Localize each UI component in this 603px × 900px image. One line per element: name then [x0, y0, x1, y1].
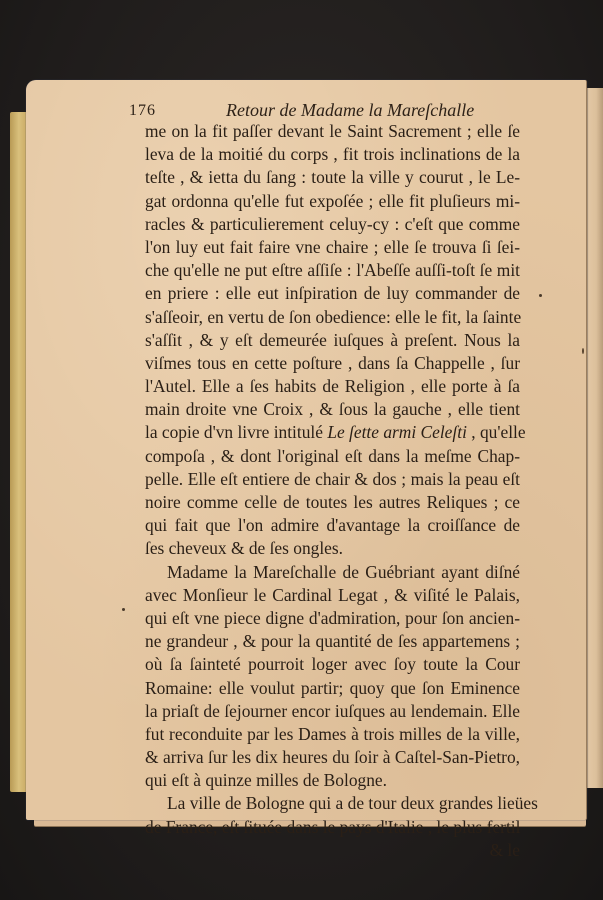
page-number: 176	[129, 102, 156, 120]
text-line: l'Autel. Elle a ſes habits de Religion ,…	[145, 375, 520, 398]
facing-page-edge	[586, 88, 603, 788]
text-line: me on la fit paſſer devant le Saint Sacr…	[145, 120, 520, 143]
text-line: viſmes tous en cette poſture , dans ſa C…	[145, 352, 520, 375]
running-title: Retour de Madame la Mareſchalle	[226, 100, 474, 121]
text-line: main droite vne Croix , & ſous la gauche…	[145, 398, 520, 421]
text-line: en priere : elle eut inſpiration de luy …	[145, 282, 520, 305]
catchword: & le	[145, 839, 520, 862]
cited-book-title: Le ſette armi Celeſti	[327, 422, 467, 442]
text-fragment: , qu'elle	[467, 422, 526, 442]
text-line: l'on luy eut fait faire vne chaire ; ell…	[145, 236, 520, 259]
paper-speck	[122, 608, 125, 611]
paper-speck	[539, 294, 542, 297]
text-line: gat ordonna qu'elle fut expoſée ; elle f…	[145, 190, 520, 213]
text-line: où ſa ſainteté pourroit loger avec ſoy t…	[145, 653, 520, 676]
text-line: ſes cheveux & de ſes ongles.	[145, 537, 520, 560]
text-line: qui eſt vne piece digne d'admiration, po…	[145, 607, 520, 630]
text-line: avec Monſieur le Cardinal Legat , & viſi…	[145, 584, 520, 607]
paragraph-start-line: La ville de Bologne qui a de tour deux g…	[145, 792, 520, 815]
body-text: me on la fit paſſer devant le Saint Sacr…	[145, 120, 520, 862]
text-line: ne grandeur , & pour la quantité de ſes …	[145, 630, 520, 653]
text-line: pelle. Elle eſt entiere de chair & dos ;…	[145, 468, 520, 491]
text-line: qui eſt à quinze milles de Bologne.	[145, 769, 520, 792]
text-line: s'aſſit , & y eſt demeurée iuſques à pre…	[145, 329, 520, 352]
text-line: qui fait que l'on admire d'avantage la c…	[145, 514, 520, 537]
text-line: teſte , & ietta du ſang : toute la ville…	[145, 166, 520, 189]
text-line: noire comme celle de toutes les autres R…	[145, 491, 520, 514]
paragraph-start-line: Madame la Mareſchalle de Guébriant ayant…	[145, 561, 520, 584]
text-line: Romaine: elle voulut partir; quoy que ſo…	[145, 677, 520, 700]
text-fragment: la copie d'vn livre intitulé	[145, 422, 327, 442]
text-line: che qu'elle ne put eſtre aſſiſe : l'Abeſ…	[145, 259, 520, 282]
text-line-with-book-title: la copie d'vn livre intitulé Le ſette ar…	[145, 421, 520, 444]
text-line: leva de la moitié du corps , fit trois i…	[145, 143, 520, 166]
page-header: 176 Retour de Madame la Mareſchalle	[129, 102, 549, 122]
text-line: fut reconduite par les Dames à trois mil…	[145, 723, 520, 746]
text-line: compoſa , & dont l'original eſt dans la …	[145, 445, 520, 468]
text-line: racles & particulierement celuy-cy : c'e…	[145, 213, 520, 236]
text-line: s'aſſeoir, en vertu de ſon obedience: el…	[145, 306, 520, 329]
text-line: de France, eſt ſituée dans le pays d'Ita…	[145, 816, 520, 839]
text-line: la priaſt de ſejourner encor iuſques au …	[145, 700, 520, 723]
text-line: & arriva ſur les dix heures du ſoir à Ca…	[145, 746, 520, 769]
paper-speck	[582, 348, 584, 354]
